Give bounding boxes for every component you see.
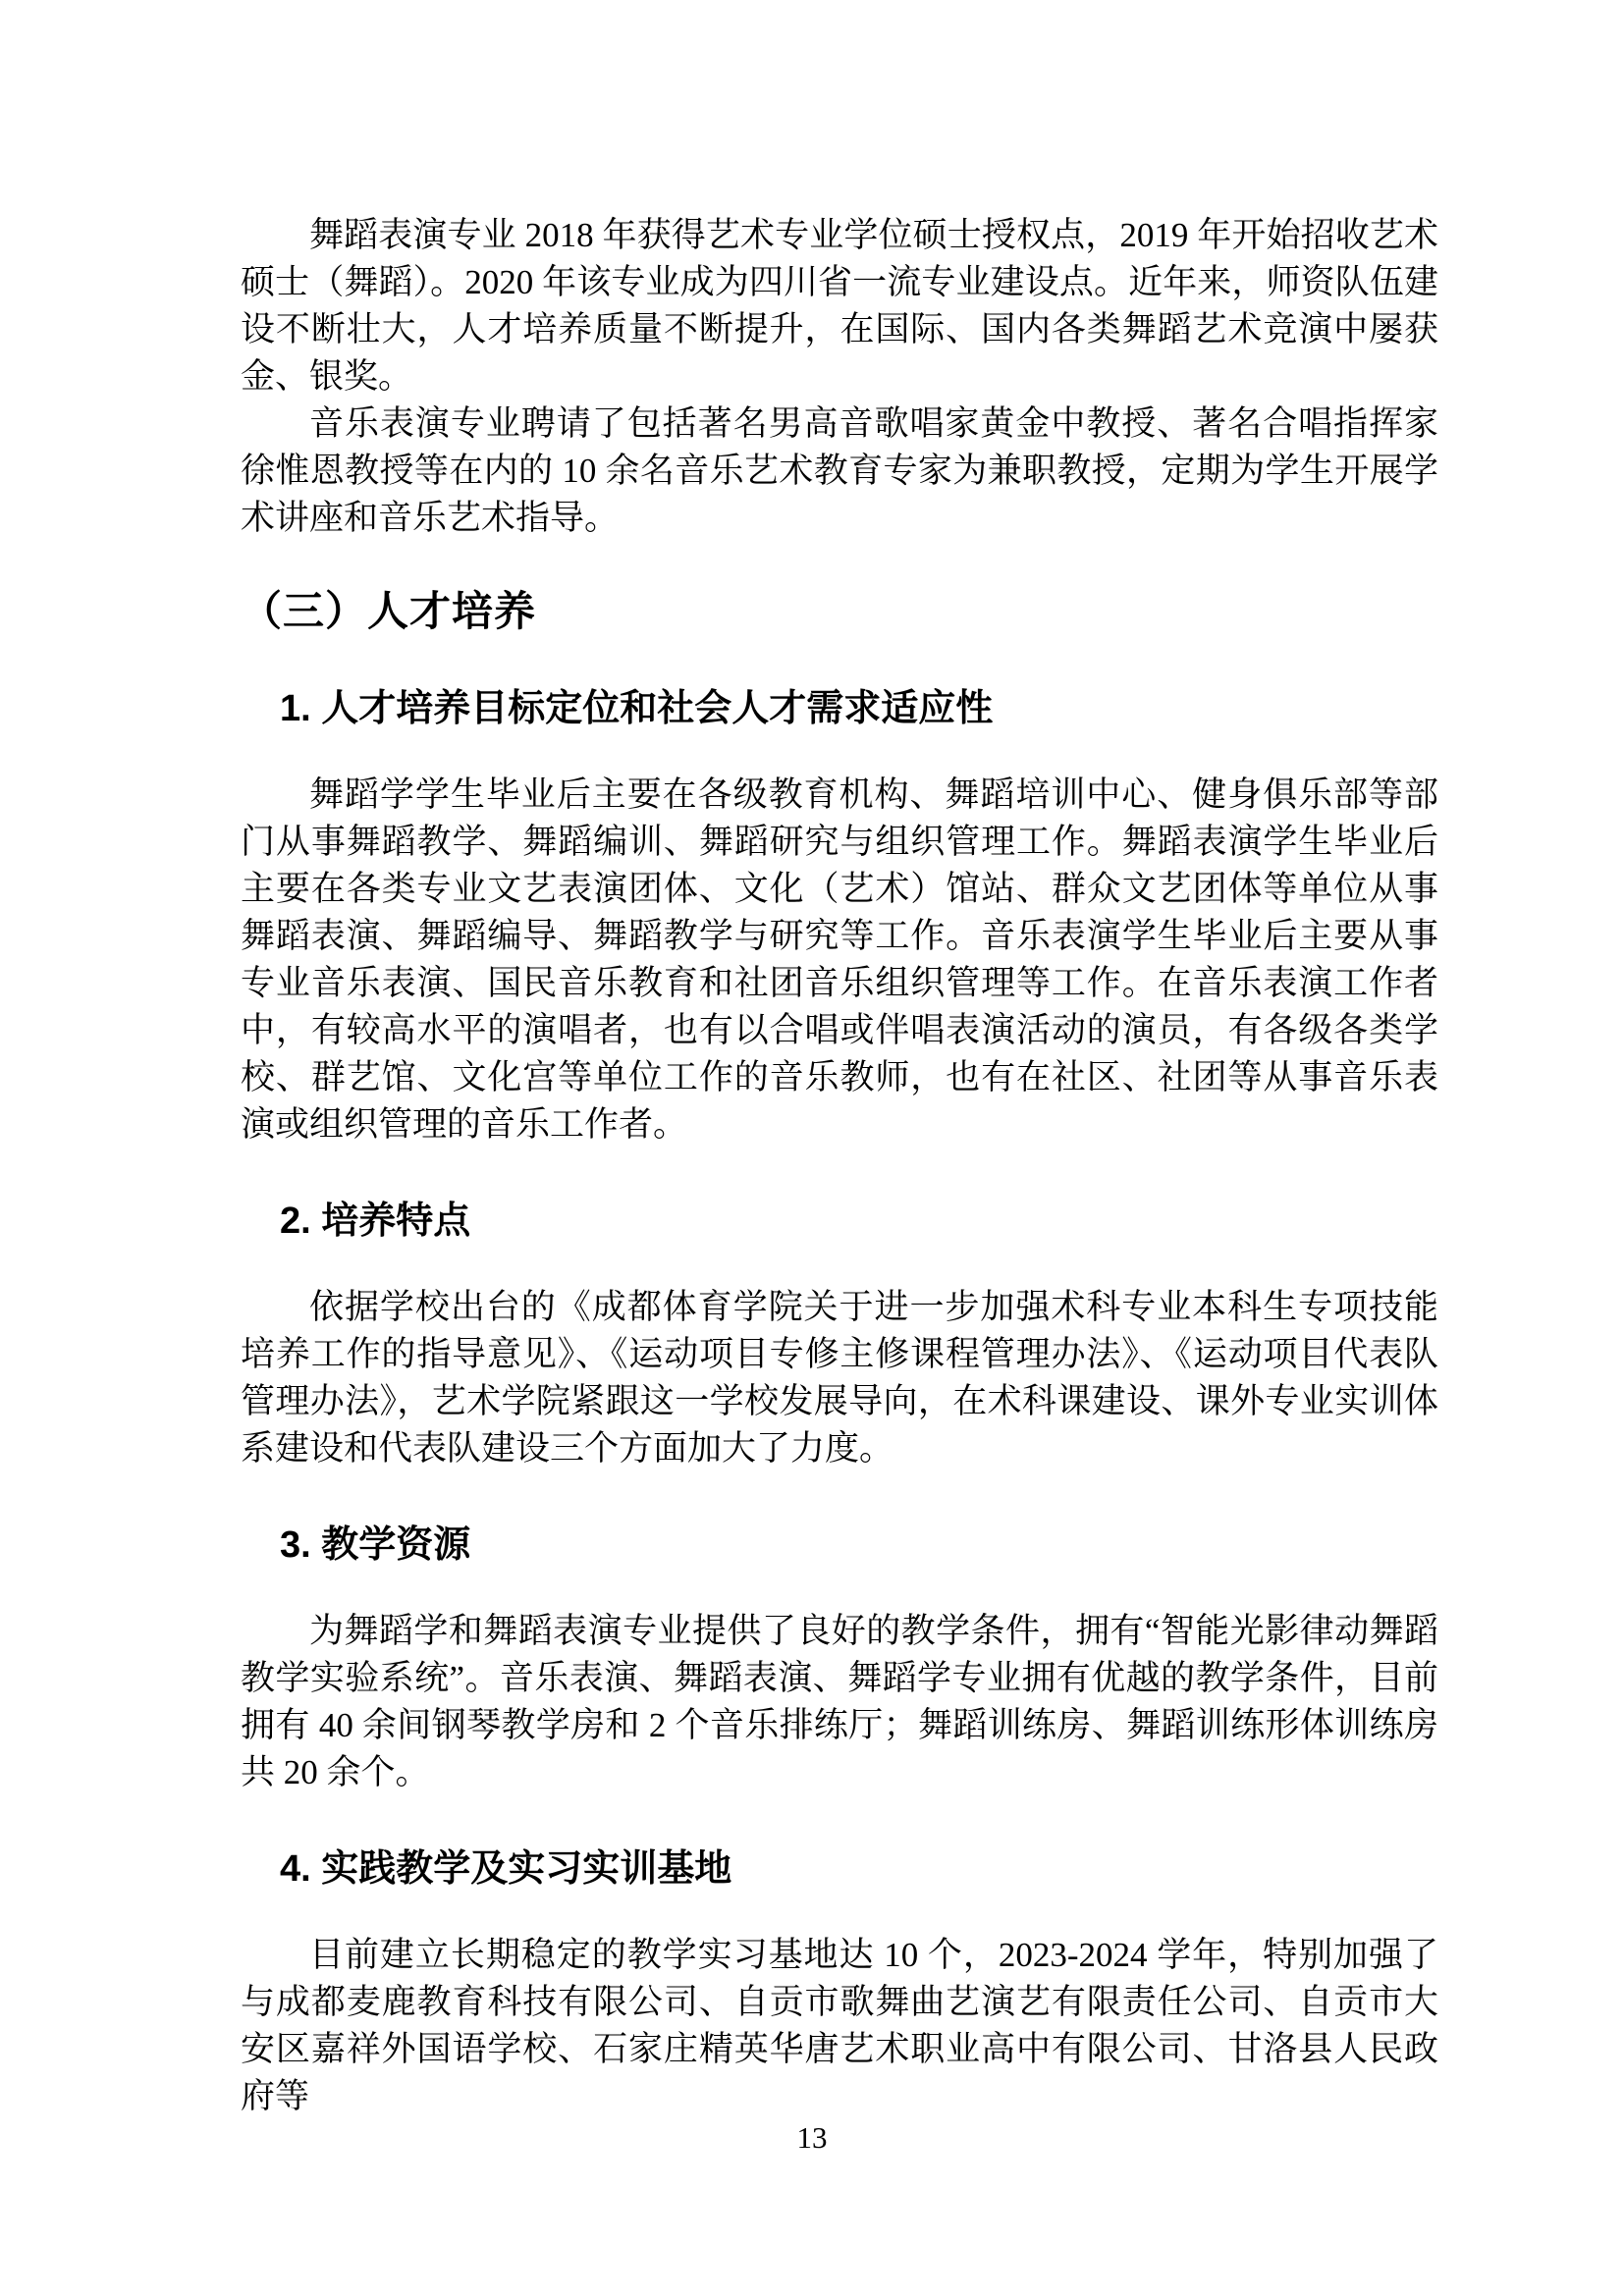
page-number: 13: [0, 2118, 1624, 2158]
subsection-4-paragraph: 目前建立长期稳定的教学实习基地达 10 个，2023-2024 学年，特别加强了…: [241, 1932, 1438, 2120]
section-heading-talent-cultivation: （三）人才培养: [241, 587, 1438, 636]
subsection-2-paragraph: 依据学校出台的《成都体育学院关于进一步加强术科专业本科生专项技能培养工作的指导意…: [241, 1284, 1438, 1472]
subsection-heading-4: 4. 实践教学及实习实训基地: [280, 1845, 1438, 1893]
subsection-heading-2: 2. 培养特点: [280, 1198, 1438, 1245]
intro-paragraph-2: 音乐表演专业聘请了包括著名男高音歌唱家黄金中教授、著名合唱指挥家徐惟恩教授等在内…: [241, 400, 1438, 542]
intro-paragraph-1: 舞蹈表演专业 2018 年获得艺术专业学位硕士授权点，2019 年开始招收艺术硕…: [241, 212, 1438, 400]
document-content: 舞蹈表演专业 2018 年获得艺术专业学位硕士授权点，2019 年开始招收艺术硕…: [241, 212, 1438, 2120]
subsection-1-paragraph: 舞蹈学学生毕业后主要在各级教育机构、舞蹈培训中心、健身俱乐部等部门从事舞蹈教学、…: [241, 772, 1438, 1148]
subsection-3-paragraph: 为舞蹈学和舞蹈表演专业提供了良好的教学条件，拥有“智能光影律动舞蹈教学实验系统”…: [241, 1608, 1438, 1796]
subsection-heading-3: 3. 教学资源: [280, 1522, 1438, 1569]
document-page: 舞蹈表演专业 2018 年获得艺术专业学位硕士授权点，2019 年开始招收艺术硕…: [0, 0, 1624, 2296]
subsection-heading-1: 1. 人才培养目标定位和社会人才需求适应性: [280, 685, 1438, 732]
